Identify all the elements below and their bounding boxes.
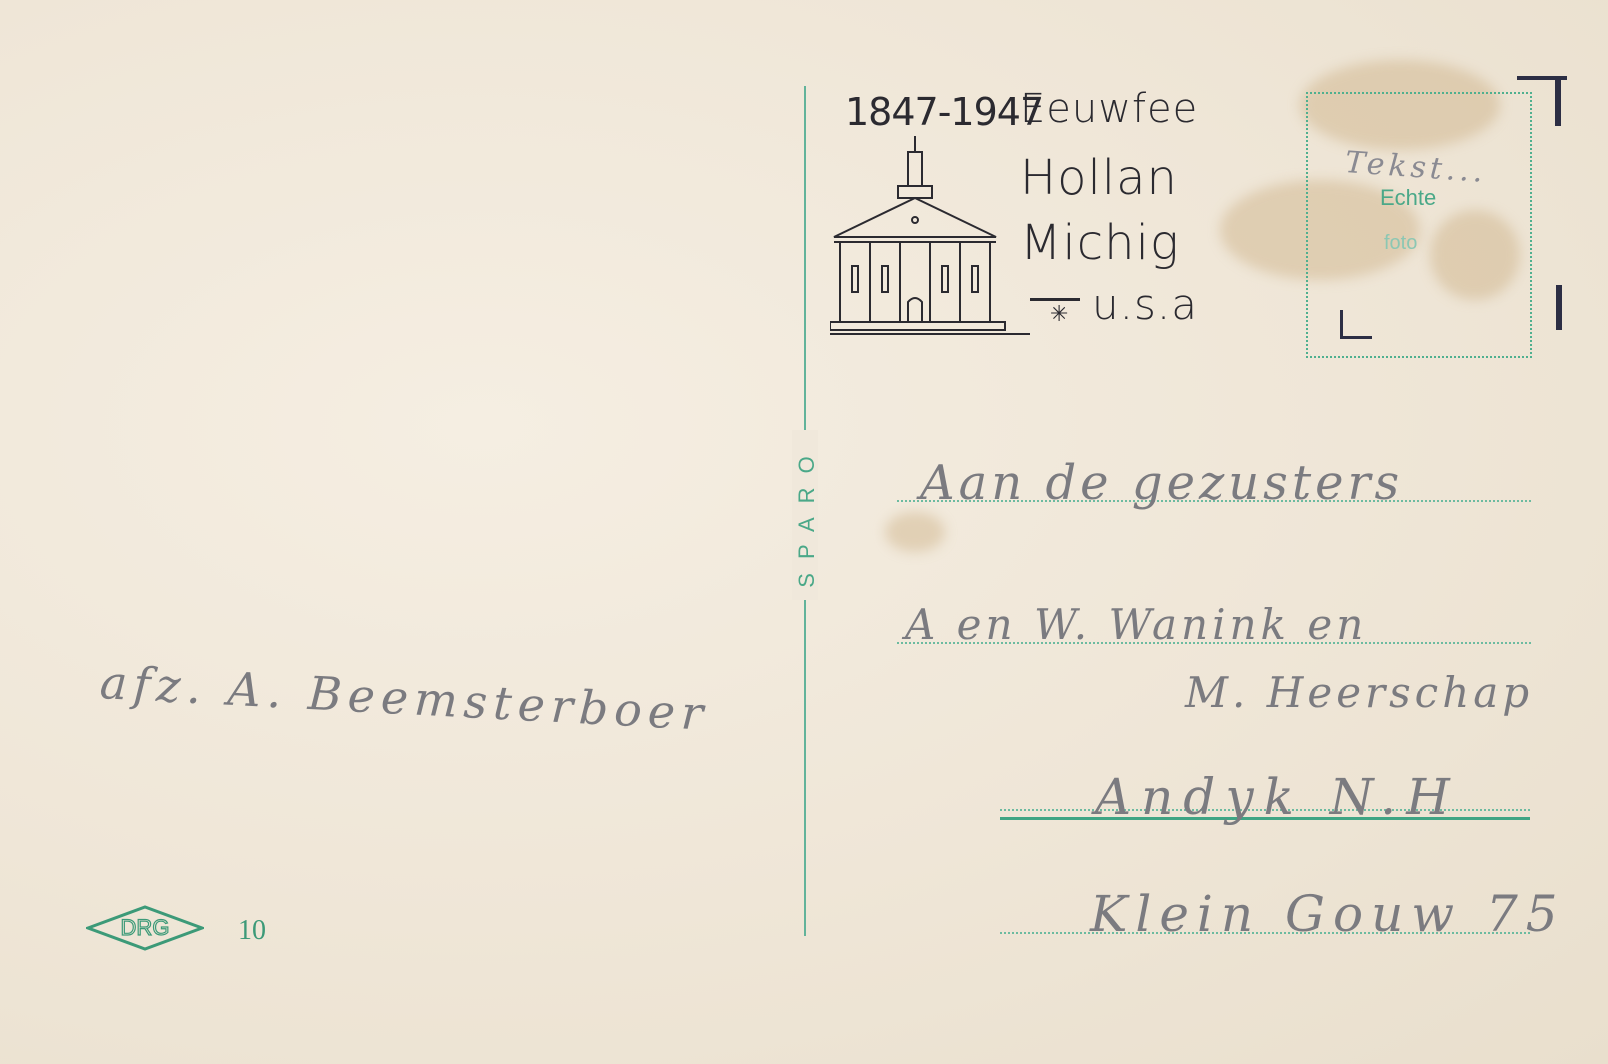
postmark-line: u.s.a <box>1092 280 1198 329</box>
postmark-line: Eeuwfee <box>1020 86 1198 132</box>
address-line: Andyk N.H <box>1095 768 1460 826</box>
water-stain <box>885 512 945 552</box>
cancel-mark <box>1340 336 1372 339</box>
sender-line: afz. A. Beemsterboer <box>99 655 711 741</box>
postmark-line: Hollan <box>1020 150 1178 206</box>
divider-label: SPARO <box>794 430 820 600</box>
postmark-line: Michig <box>1020 215 1180 271</box>
cancel-mark <box>1340 310 1343 338</box>
cancel-mark <box>1555 76 1561 126</box>
address-line: Klein Gouw 75 <box>1090 885 1566 943</box>
star-icon: ✳ <box>1050 302 1068 327</box>
divider-label-box: SPARO <box>792 430 818 600</box>
stamp-label: Echte <box>1380 185 1436 211</box>
series-number: 10 <box>238 915 266 947</box>
postmark-years: 1847-1947 <box>845 90 1043 134</box>
stamp-label: foto <box>1384 232 1417 255</box>
address-line: Aan de gezusters <box>920 455 1403 511</box>
postcard-back: 1847-1947 Eeuwfee Hollan Michig ✳ u.s.a … <box>0 0 1608 1064</box>
publisher-logo: DRG <box>86 905 204 951</box>
address-line: M. Heerschap <box>1185 668 1533 717</box>
address-line: A en W. Wanink en <box>905 600 1367 649</box>
postmark-cancellation: 1847-1947 Eeuwfee Hollan Michig ✳ u.s.a <box>830 80 1260 350</box>
svg-text:DRG: DRG <box>121 915 170 940</box>
postmark-bar <box>1030 298 1080 301</box>
church-icon <box>830 130 1030 340</box>
cancel-mark <box>1556 285 1562 330</box>
